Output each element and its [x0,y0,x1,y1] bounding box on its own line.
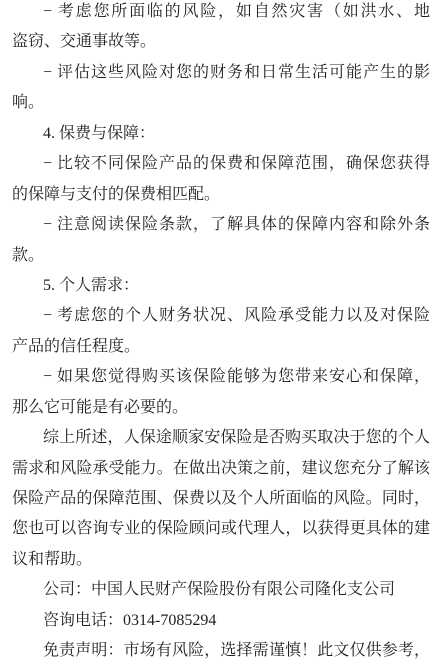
bullet-line-peace-of-mind-cont: 那么它可能是有必要的。 [12,393,430,423]
bullet-line-personal-finance-cont: 产品的信任程度。 [12,332,430,362]
bullet-line-compare-premium: − 比较不同保险产品的保费和保障范围，确保您获得 [12,149,430,179]
bullet-line-read-terms-cont: 款。 [12,241,430,271]
bullet-line-risk-types-cont: 盗窃、交通事故等。 [12,27,430,57]
summary-paragraph-line-4: 您也可以咨询专业的保险顾问或代理人，以获得更具体的建 [12,514,430,544]
bullet-line-risk-types: − 考虑您所面临的风险，如自然灾害（如洪水、地震）、 [12,0,430,27]
company-line: 公司：中国人民财产保险股份有限公司隆化支公司 [12,575,430,605]
bullet-line-peace-of-mind: − 如果您觉得购买该保险能够为您带来安心和保障， [12,362,430,392]
summary-paragraph-line-2: 需求和风险承受能力。在做出决策之前，建议您充分了解该 [12,454,430,484]
section-5-heading: 5. 个人需求： [12,271,430,301]
bullet-line-risk-impact-cont: 响。 [12,88,430,118]
section-4-heading: 4. 保费与保障： [12,119,430,149]
bullet-line-risk-impact: − 评估这些风险对您的财务和日常生活可能产生的影 [12,58,430,88]
document-page: − 考虑您所面临的风险，如自然灾害（如洪水、地震）、 盗窃、交通事故等。 − 评… [0,0,443,667]
phone-line: 咨询电话：0314-7085294 [12,606,430,636]
summary-paragraph-line-5: 议和帮助。 [12,545,430,575]
summary-paragraph-line-3: 保险产品的保障范围、保费以及个人所面临的风险。同时， [12,484,430,514]
disclaimer-line: 免责声明：市场有风险，选择需谨慎！此文仅供参考， [12,636,430,666]
bullet-line-compare-premium-cont: 的保障与支付的保费相匹配。 [12,180,430,210]
summary-paragraph-line-1: 综上所述，人保途顺家安保险是否购买取决于您的个人 [12,423,430,453]
bullet-line-read-terms: − 注意阅读保险条款，了解具体的保障内容和除外条 [12,210,430,240]
bullet-line-personal-finance: − 考虑您的个人财务状况、风险承受能力以及对保险 [12,301,430,331]
